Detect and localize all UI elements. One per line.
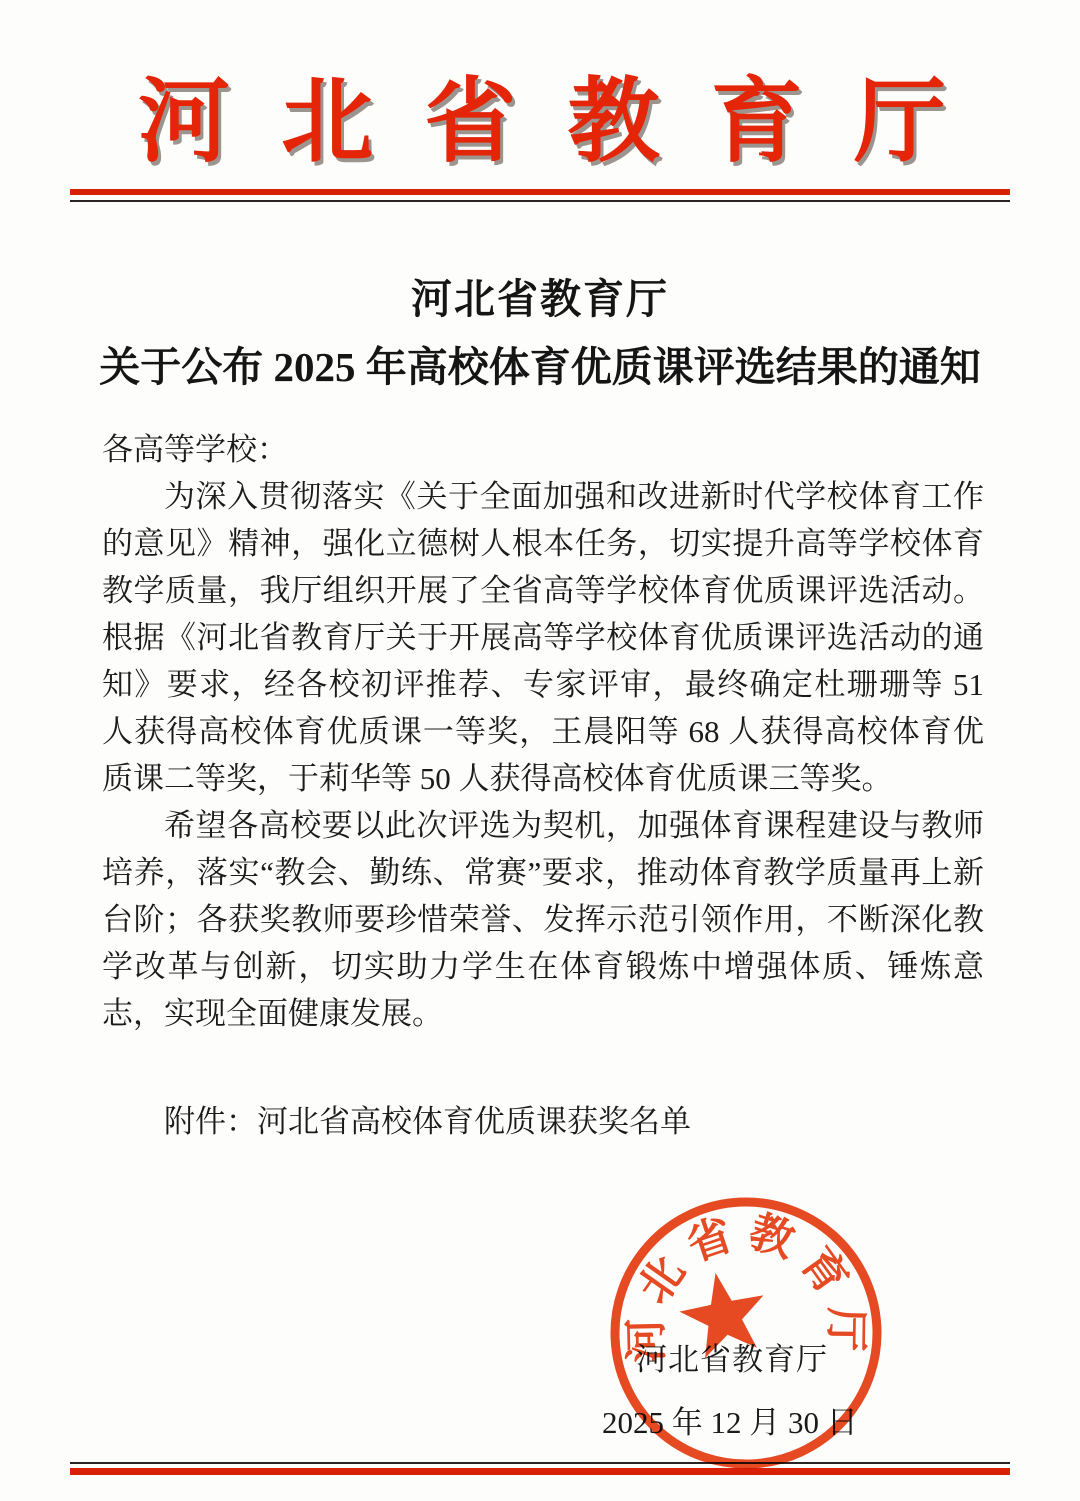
doc-title-line1: 河北省教育厅 xyxy=(0,266,1080,325)
document-page: 河 北 省 教 育 厅 河北省教育厅 关于公布 2025 年高校体育优质课评选结… xyxy=(0,0,1080,1501)
doc-body: 各高等学校： 为深入贯彻落实《关于全面加强和改进新时代学校体育工作的意见》精神，… xyxy=(102,426,984,1037)
letterhead-char: 北 xyxy=(281,76,373,168)
letterhead-char: 厅 xyxy=(854,76,946,168)
letterhead-char: 育 xyxy=(711,76,803,168)
letterhead-char: 河 xyxy=(138,76,230,168)
letterhead-title: 河 北 省 教 育 厅 xyxy=(138,76,946,168)
header-rule-black xyxy=(70,200,1010,202)
letterhead-char: 教 xyxy=(568,76,660,168)
header-rule-red xyxy=(70,189,1010,195)
seal-arc-text-holder: 河北省教育厅 xyxy=(615,1200,873,1375)
official-seal-stamp: 河北省教育厅 xyxy=(579,1180,914,1486)
salutation: 各高等学校： xyxy=(102,426,984,473)
paragraph-2: 希望各高校要以此次评选为契机，加强体育课程建设与教师培养，落实“教会、勤练、常赛… xyxy=(102,802,984,1037)
doc-title-line2: 关于公布 2025 年高校体育优质课评选结果的通知 xyxy=(0,334,1080,393)
letterhead-char: 省 xyxy=(424,76,516,168)
paragraph-1: 为深入贯彻落实《关于全面加强和改进新时代学校体育工作的意见》精神，强化立德树人根… xyxy=(102,473,984,802)
attachment-line: 附件：河北省高校体育优质课获奖名单 xyxy=(102,1098,984,1145)
seal-arc-text: 河北省教育厅 xyxy=(615,1200,873,1375)
